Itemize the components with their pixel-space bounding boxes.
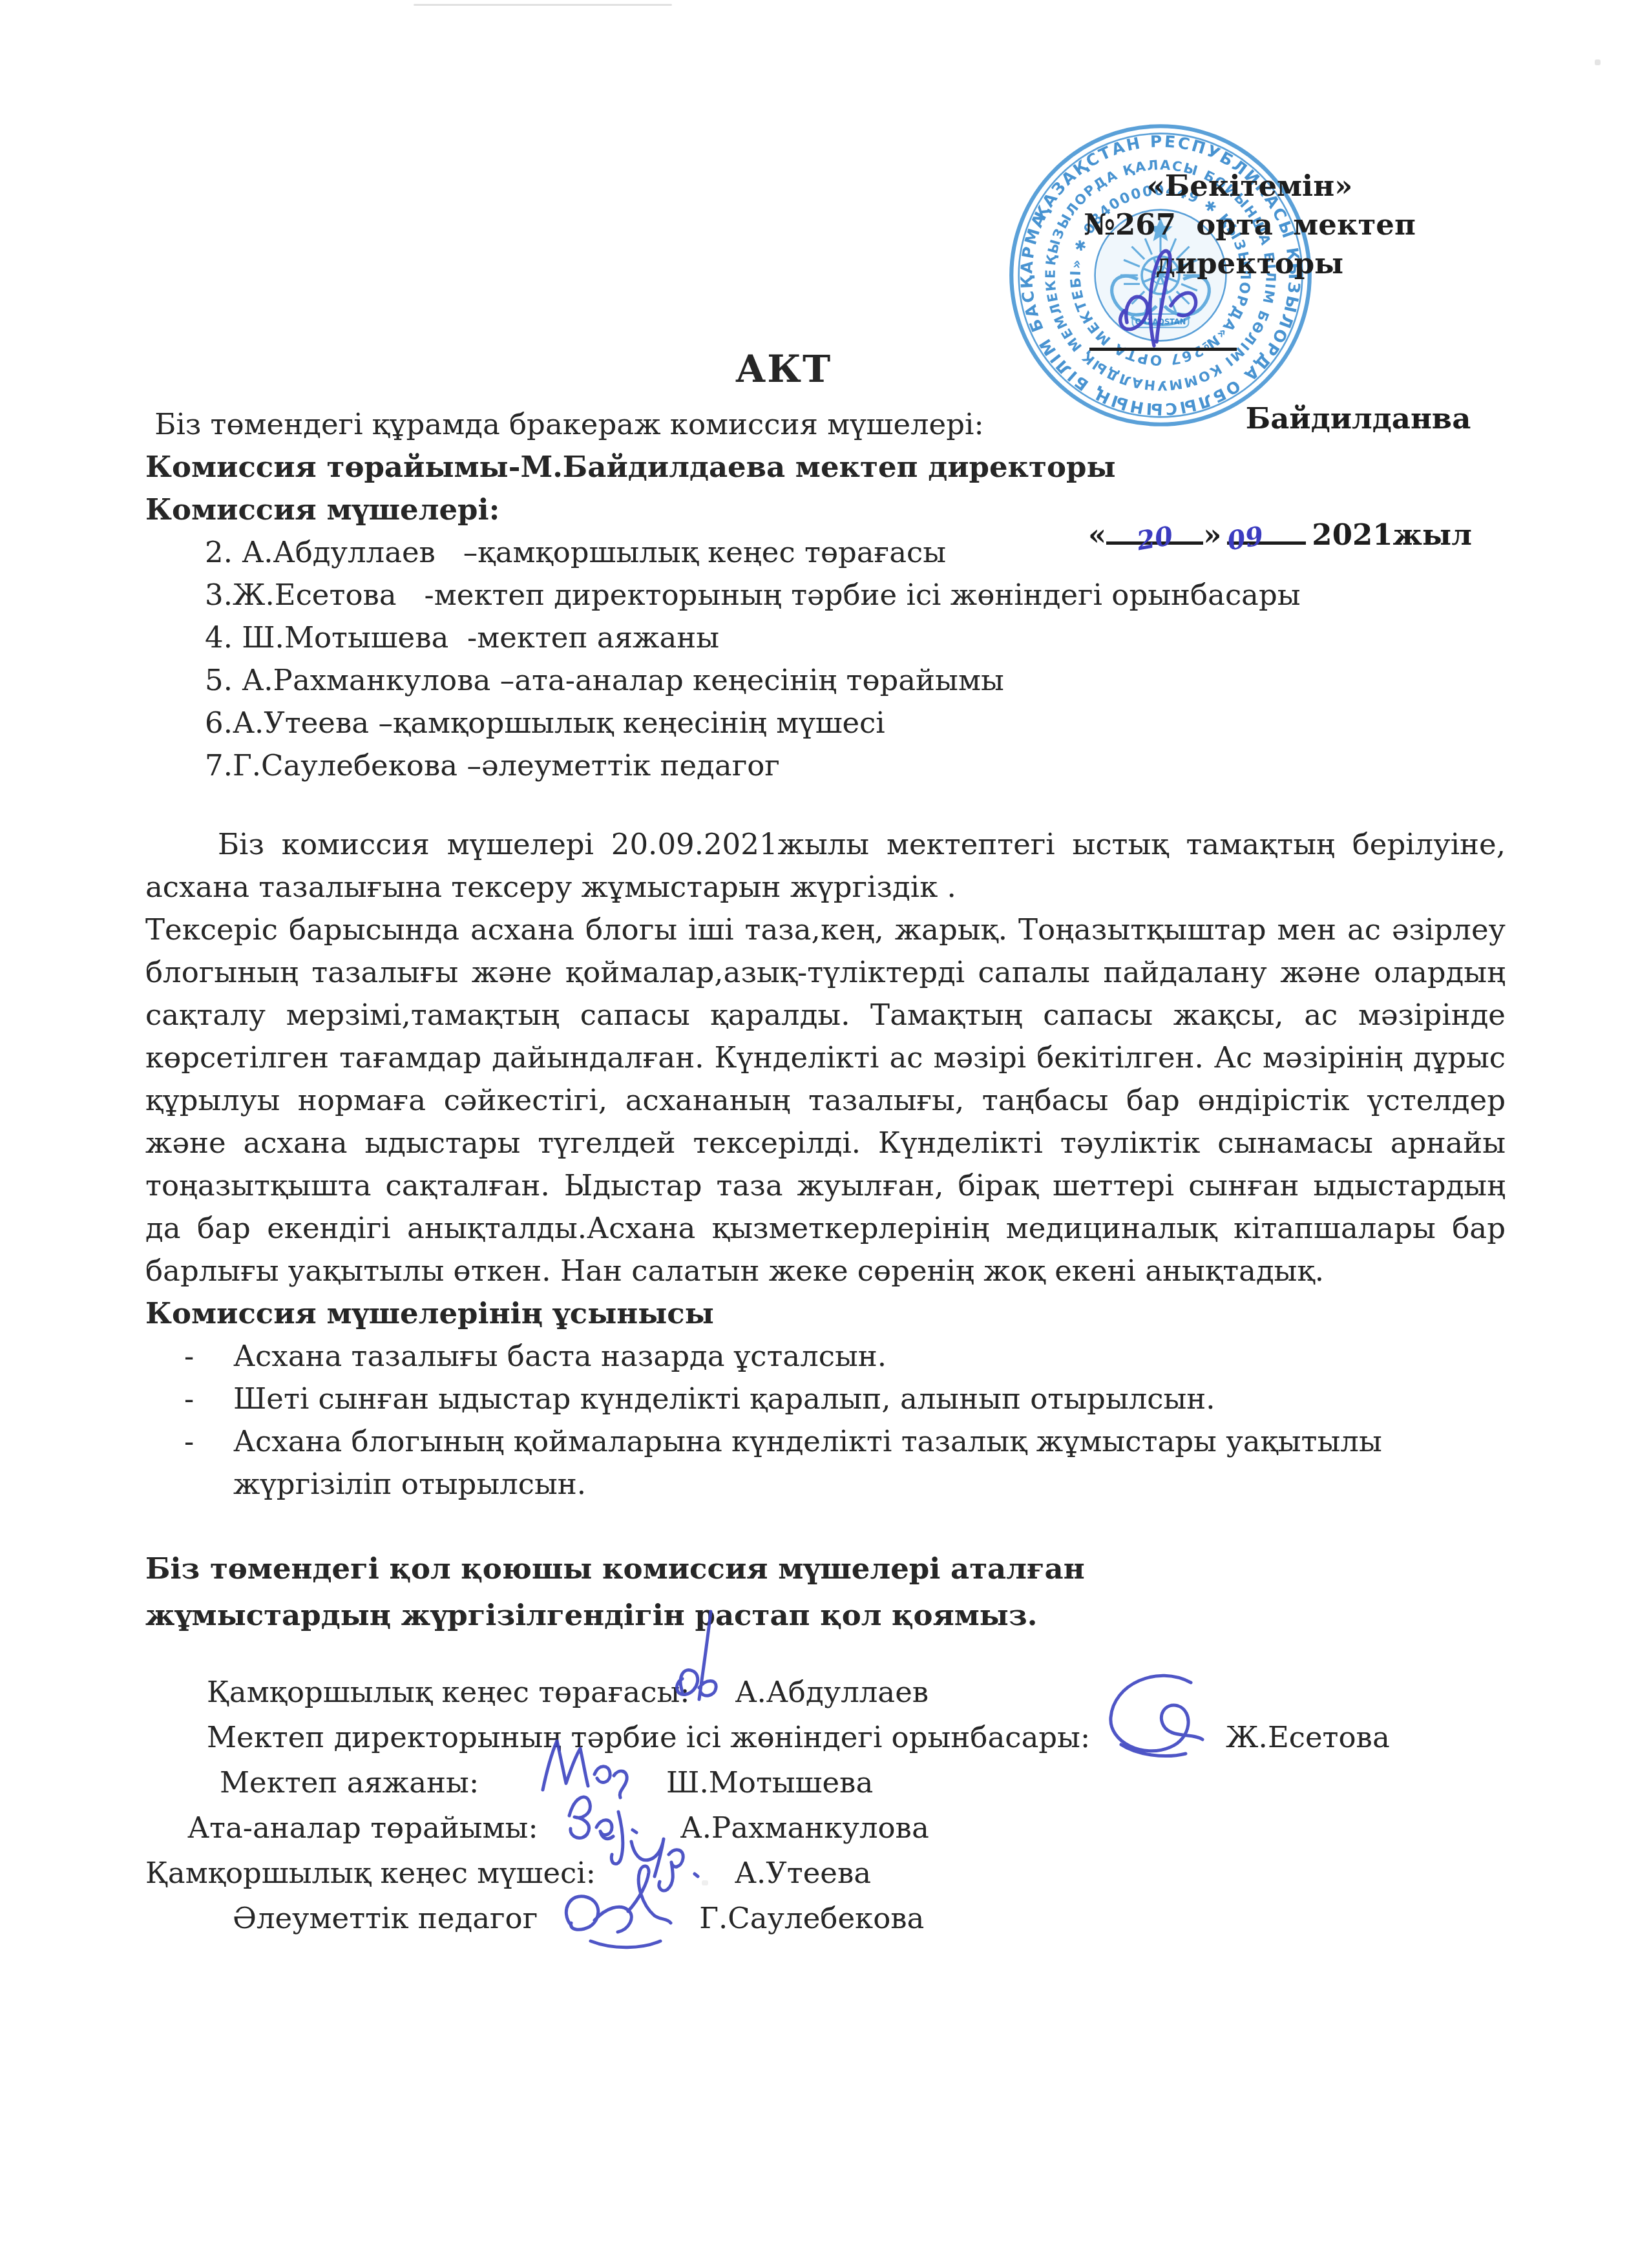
member-item: 4. Ш.Мотышева -мектеп аяжаны bbox=[145, 616, 1506, 659]
member-item: 2. А.Абдуллаев –қамқоршылық кеңес төраға… bbox=[145, 531, 1506, 574]
director-signature-ink bbox=[1084, 244, 1236, 357]
proposals-heading: Комиссия мүшелерінің ұсынысы bbox=[145, 1292, 1506, 1335]
proposal-text: Асхана тазалығы баста назарда ұсталсын. bbox=[233, 1335, 1506, 1378]
signature-name: А.Утеева bbox=[735, 1852, 871, 1895]
signature-name: А.Абдуллаев bbox=[735, 1671, 929, 1714]
document-title: АКТ bbox=[145, 348, 1422, 390]
signature-name: Ш.Мотышева bbox=[666, 1761, 873, 1804]
approve-label: «Бекітемін» bbox=[987, 167, 1512, 205]
proposals-list: - Асхана тазалығы баста назарда ұсталсын… bbox=[145, 1335, 1506, 1506]
paragraph-2: Тексеріс барысында асхана блогы іші таза… bbox=[145, 908, 1506, 1292]
proposal-item: - Шеті сынған ыдыстар күнделікті қаралып… bbox=[145, 1378, 1506, 1420]
signature-role: Қамқоршылық кеңес төрағасы: bbox=[207, 1671, 689, 1714]
intro-line: Біз төмендегі құрамда бракераж комиссия … bbox=[145, 403, 1506, 446]
signatures-block: Қамқоршылық кеңес төрағасы: А.Абдуллаев … bbox=[145, 1671, 1506, 1942]
signature-role: Мектеп аяжаны: bbox=[220, 1761, 479, 1804]
member-item: 5. А.Рахманкулова –ата-аналар кеңесінің … bbox=[145, 659, 1506, 702]
signature-row: Әлеуметтік педагог Г.Саулебекова bbox=[233, 1897, 1506, 1942]
scan-artifact-line bbox=[414, 4, 672, 6]
chair-line: Комиссия төрайымы-М.Байдилдаева мектеп д… bbox=[145, 446, 1506, 488]
member-item: 3.Ж.Есетова -мектеп директорының тәрбие … bbox=[145, 574, 1506, 616]
document-body: АКТ Біз төмендегі құрамда бракераж комис… bbox=[145, 348, 1506, 1942]
members-list: 2. А.Абдуллаев –қамқоршылық кеңес төраға… bbox=[145, 531, 1506, 787]
signature-row: Ата-аналар төрайымы: А.Рахманкулова bbox=[187, 1807, 1506, 1852]
signature-ink bbox=[1090, 1746, 1226, 1747]
document-page: ҚАЗАҚСТАН РЕСПУБЛИКАСЫ ҚЫЗЫЛОРДА ОБЛЫСЫН… bbox=[0, 0, 1649, 2268]
member-item: 6.А.Утеева –қамқоршылық кеңесінің мүшесі bbox=[145, 702, 1506, 744]
dash-marker: - bbox=[145, 1378, 233, 1420]
members-heading: Комиссия мүшелері: bbox=[145, 488, 1506, 531]
signature-role: Ата-аналар төрайымы: bbox=[187, 1807, 538, 1849]
proposal-text: Шеті сынған ыдыстар күнделікті қаралып, … bbox=[233, 1378, 1506, 1420]
signature-name: А.Рахманкулова bbox=[680, 1807, 929, 1849]
signature-name: Ж.Есетова bbox=[1226, 1716, 1390, 1759]
member-item: 7.Г.Саулебекова –әлеуметтік педагог bbox=[145, 744, 1506, 787]
signature-row: Қамқоршылық кеңес төрағасы: А.Абдуллаев bbox=[207, 1671, 1506, 1716]
signature-role: Мектеп директорының тәрбие ісі жөніндегі… bbox=[207, 1716, 1090, 1759]
signature-name: Г.Саулебекова bbox=[699, 1897, 924, 1940]
school-name-line: №267 орта мектеп директоры bbox=[987, 205, 1512, 283]
paragraph-1: Біз комиссия мүшелері 20.09.2021жылы мек… bbox=[145, 823, 1506, 908]
signature-role: Қамқоршылық кеңес мүшесі: bbox=[145, 1852, 596, 1895]
signature-ink bbox=[689, 1701, 735, 1702]
signature-role: Әлеуметтік педагог bbox=[233, 1897, 538, 1940]
proposal-item: - Асхана тазалығы баста назарда ұсталсын… bbox=[145, 1335, 1506, 1378]
signature-row: Мектеп директорының тәрбие ісі жөніндегі… bbox=[207, 1716, 1506, 1761]
signature-ink bbox=[538, 1927, 699, 1928]
dash-marker: - bbox=[145, 1420, 233, 1506]
dash-marker: - bbox=[145, 1335, 233, 1378]
proposal-text: Асхана блогының қоймаларына күнделікті т… bbox=[233, 1420, 1506, 1506]
scan-artifact-dot bbox=[1595, 59, 1601, 65]
signature-blank-line bbox=[1089, 322, 1237, 351]
signature-row: Мектеп аяжаны: Ш.Мотышева bbox=[220, 1761, 1506, 1807]
signature-row: Қамқоршылық кеңес мүшесі: А.Утеева bbox=[145, 1852, 1506, 1897]
proposal-item: - Асхана блогының қоймаларына күнделікті… bbox=[145, 1420, 1506, 1506]
